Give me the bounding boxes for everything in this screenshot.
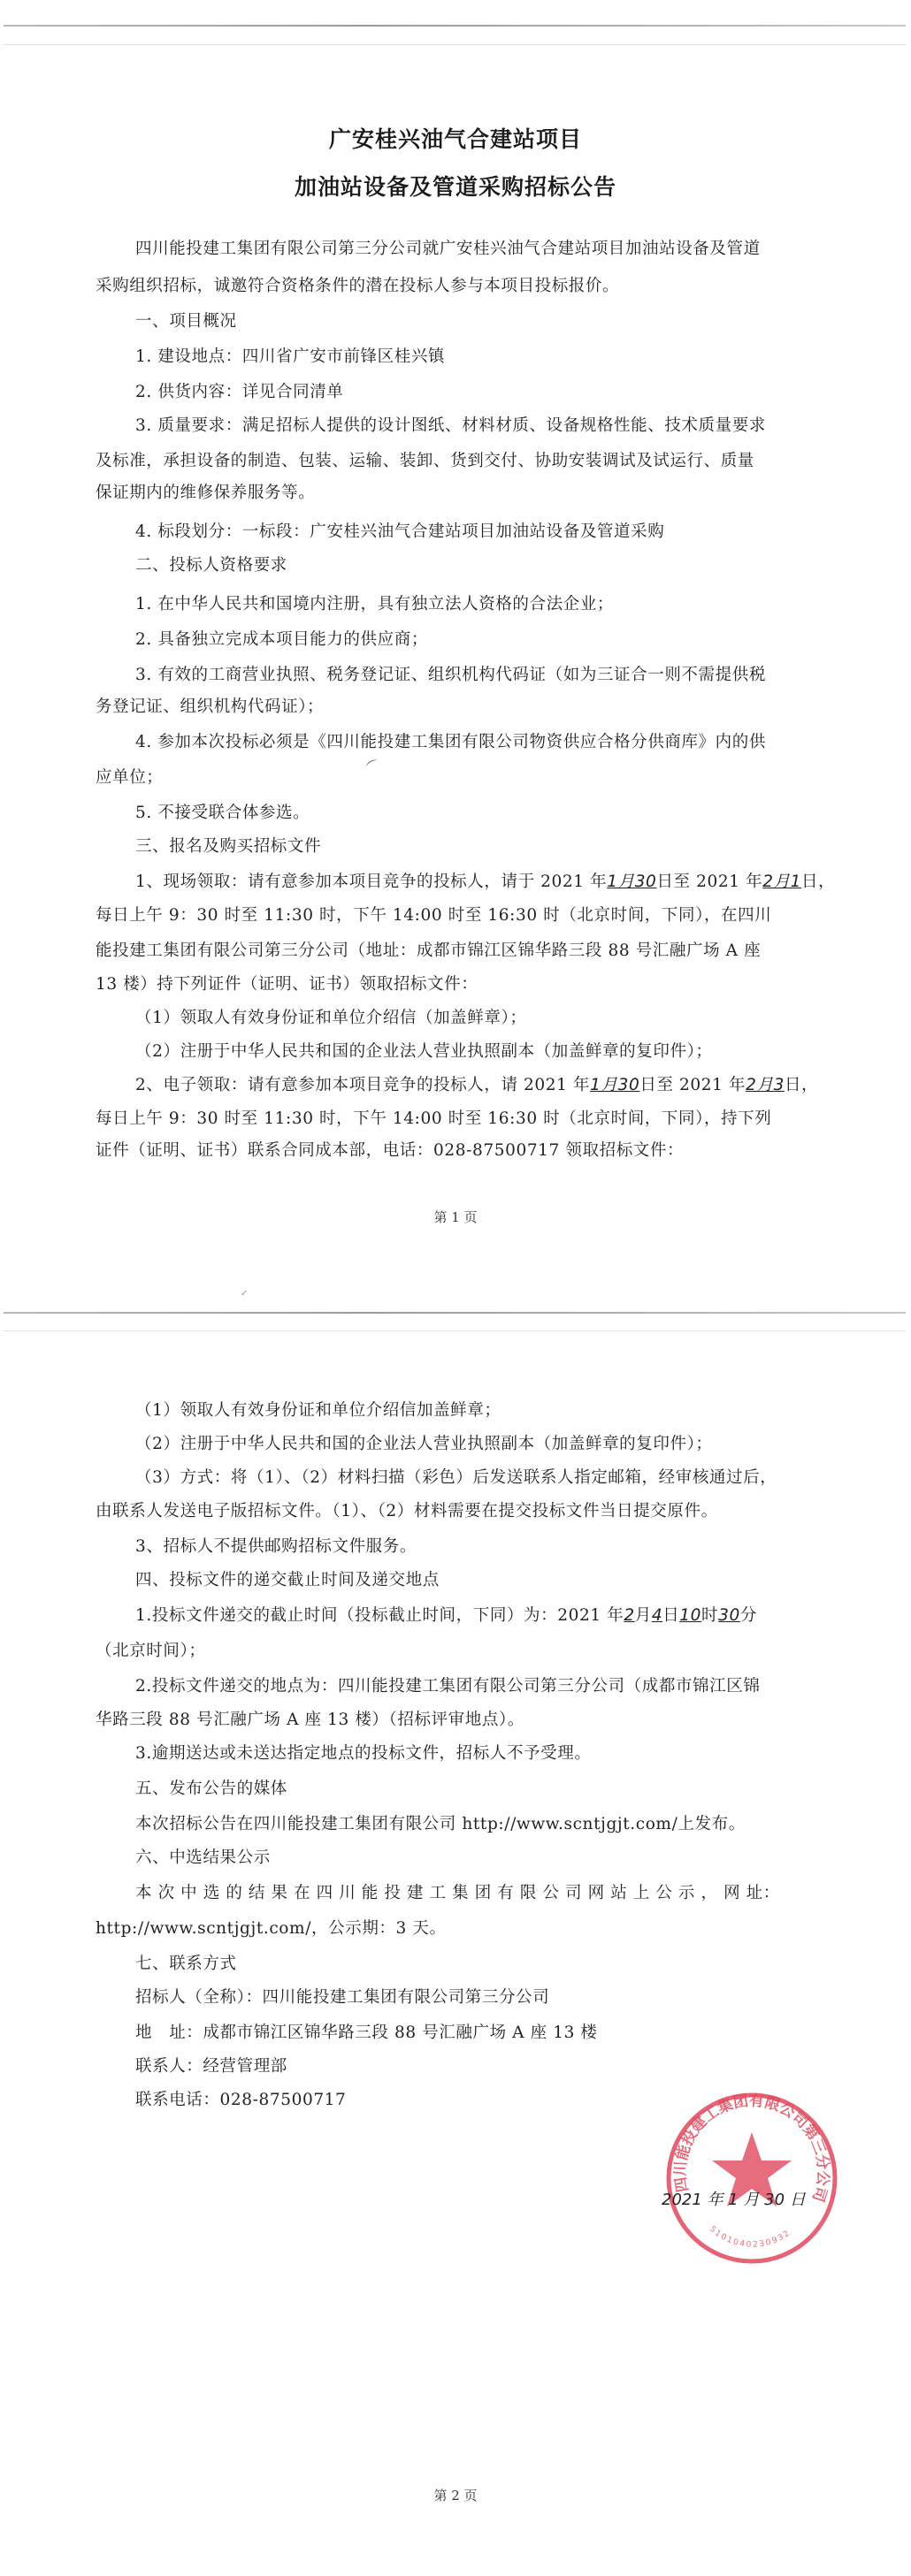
month-label: 月 bbox=[635, 1606, 652, 1625]
quality-requirements-cont2: 保证期内的维修保养服务等。 bbox=[96, 483, 315, 504]
section-heading-7: 七、联系方式 bbox=[135, 1954, 237, 1975]
section-heading-2: 二、投标人资格要求 bbox=[135, 555, 287, 576]
day-label: 日 bbox=[662, 1606, 679, 1625]
result-announcement: 本 次 中 选 的 结 果 在 四 川 能 投 建 工 集 团 有 限 公 司 … bbox=[135, 1883, 780, 1904]
section-heading-4: 四、投标文件的递交截止时间及递交地点 bbox=[135, 1570, 440, 1591]
scan-mark: ✓ bbox=[241, 1289, 248, 1299]
submission-deadline-text: 1.投标文件递交的截止时间（投标截止时间，下同）为：2021 年 bbox=[135, 1606, 624, 1625]
onsite-collection-text-mid: 日至 2021 年 bbox=[656, 873, 762, 891]
publication-media: 本次招标公告在四川能投建工集团有限公司 http://www.scntjgjt.… bbox=[135, 1814, 746, 1835]
handwritten-end-date: 2月1 bbox=[762, 873, 801, 891]
late-submission-rule: 3.逾期送达或未送达指定地点的投标文件，招标人不予受理。 bbox=[135, 1743, 591, 1764]
official-seal-icon: 四川能投建工集团有限公司第三分公司 5101040230932 bbox=[663, 2090, 840, 2267]
handwritten-deadline-hour: 10 bbox=[679, 1606, 701, 1625]
qualification-4: 4. 参加本次投标必须是《四川能投建工集团有限公司物资供应合格分供商库》内的供 bbox=[135, 732, 766, 753]
onsite-collection-text: 1、现场领取：请有意参加本项目竞争的投标人，请于 2021 年 bbox=[135, 873, 607, 891]
page-number-2: 第 2 页 bbox=[0, 2486, 911, 2504]
section-heading-6: 六、中选结果公示 bbox=[135, 1848, 271, 1869]
electronic-collection: 2、电子领取：请有意参加本项目竞争的投标人，请 2021 年1月30日至 202… bbox=[135, 1075, 818, 1096]
page-top-border-light bbox=[4, 44, 906, 45]
contact-address: 地 址：成都市锦江区锦华路三段 88 号汇融广场 A 座 13 楼 bbox=[135, 2023, 598, 2044]
submission-deadline-cont: （北京时间）； bbox=[96, 1641, 205, 1662]
electronic-doc-2: （2）注册于中华人民共和国的企业法人营业执照副本（加盖鲜章的复印件）； bbox=[135, 1434, 713, 1455]
section-heading-3: 三、报名及购买招标文件 bbox=[135, 836, 321, 857]
onsite-doc-1: （1）领取人有效身份证和单位介绍信（加盖鲜章）； bbox=[135, 1008, 526, 1029]
document-title-line2: 加油站设备及管道采购招标公告 bbox=[0, 170, 911, 202]
hour-label: 时 bbox=[701, 1606, 718, 1625]
submission-location-cont: 华路三段 88 号汇融广场 A 座 13 楼）（招标评审地点）。 bbox=[96, 1710, 524, 1731]
quality-requirements-cont1: 及标准，承担设备的制造、包装、运输、装卸、货到交付、协助安装调试及试运行、质量 bbox=[96, 451, 754, 472]
electronic-collection-text-end: 日， bbox=[785, 1076, 818, 1094]
project-location: 1. 建设地点：四川省广安市前锋区桂兴镇 bbox=[135, 347, 445, 368]
handwritten-start-date-2: 1月30 bbox=[590, 1076, 639, 1094]
onsite-collection-hours: 每日上午 9：30 时至 11:30 时，下午 14:00 时至 16:30 时… bbox=[96, 905, 771, 926]
electronic-doc-3: （3）方式：将（1）、（2）材料扫描（彩色）后发送联系人指定邮箱，经审核通过后， bbox=[135, 1467, 777, 1489]
handwritten-deadline-minute: 30 bbox=[718, 1606, 740, 1625]
quality-requirements: 3. 质量要求：满足招标人提供的设计图纸、材料材质、设备规格性能、技术质量要求 bbox=[135, 415, 766, 437]
electronic-collection-hours: 每日上午 9：30 时至 11:30 时，下午 14:00 时至 16:30 时… bbox=[96, 1109, 771, 1130]
handwritten-deadline-day: 4 bbox=[652, 1606, 662, 1625]
page-break-border bbox=[4, 1312, 906, 1314]
lot-division: 4. 标段划分：一标段：广安桂兴油气合建站项目加油站设备及管道采购 bbox=[135, 522, 664, 543]
section-heading-5: 五、发布公告的媒体 bbox=[135, 1779, 287, 1800]
onsite-collection-address: 能投建工集团有限公司第三分公司（地址：成都市锦江区锦华路三段 88 号汇融广场 … bbox=[96, 941, 761, 962]
electronic-doc-1: （1）领取人有效身份证和单位介绍信加盖鲜章； bbox=[135, 1400, 501, 1421]
handwritten-deadline-month: 2 bbox=[624, 1606, 634, 1625]
onsite-collection-text-end: 日， bbox=[801, 873, 835, 891]
contact-person: 联系人：经营管理部 bbox=[135, 2056, 287, 2077]
document-title-line1: 广安桂兴油气合建站项目 bbox=[0, 122, 911, 154]
svg-text:5101040230932: 5101040230932 bbox=[708, 2225, 792, 2250]
qualification-3-cont: 务登记证、组织机构代码证）； bbox=[96, 697, 324, 718]
onsite-collection: 1、现场领取：请有意参加本项目竞争的投标人，请于 2021 年1月30日至 20… bbox=[135, 872, 835, 893]
intro-text: 四川能投建工集团有限公司第三分公司就广安桂兴油气合建站项目加油站设备及管道 bbox=[135, 239, 761, 260]
handwritten-end-date-2: 2月3 bbox=[746, 1076, 785, 1094]
section-heading-1: 一、项目概况 bbox=[135, 311, 237, 332]
page-break-border-light bbox=[4, 1330, 906, 1331]
handwritten-start-date: 1月30 bbox=[607, 873, 656, 891]
page-number-1: 第 1 页 bbox=[0, 1208, 911, 1226]
onsite-doc-2: （2）注册于中华人民共和国的企业法人营业执照副本（加盖鲜章的复印件）； bbox=[135, 1041, 713, 1063]
submission-location: 2.投标文件递交的地点为：四川能投建工集团有限公司第三分公司（成都市锦江区锦 bbox=[135, 1676, 760, 1697]
qualification-3: 3. 有效的工商营业执照、税务登记证、组织机构代码证（如为三证合一则不需提供税 bbox=[135, 665, 766, 686]
page-top-border bbox=[4, 25, 906, 27]
no-mail-order: 3、招标人不提供邮购招标文件服务。 bbox=[135, 1536, 417, 1558]
supply-content: 2. 供货内容：详见合同清单 bbox=[135, 382, 343, 403]
electronic-doc-3-cont: 由联系人发送电子版招标文件。（1）、（2）材料需要在提交投标文件当日提交原件。 bbox=[96, 1501, 718, 1522]
qualification-4-cont: 应单位； bbox=[96, 767, 163, 789]
result-announcement-cont: http://www.scntjgjt.com/，公示期：3 天。 bbox=[96, 1918, 447, 1940]
minute-label: 分 bbox=[740, 1606, 757, 1625]
seal-date: 2021 年 1 月 30 日 bbox=[662, 2187, 806, 2210]
intro-text-cont: 采购组织招标，诚邀符合资格条件的潜在投标人参与本项目投标报价。 bbox=[96, 276, 619, 297]
electronic-collection-contact: 证件（证明、证书）联系合同成本部，电话：028-87500717 领取招标文件： bbox=[96, 1140, 684, 1162]
submission-deadline: 1.投标文件递交的截止时间（投标截止时间，下同）为：2021 年2月4日10时3… bbox=[135, 1605, 757, 1627]
onsite-collection-docs: 13 楼）持下列证件（证明、证书）领取招标文件： bbox=[96, 974, 478, 995]
contact-phone: 联系电话：028-87500717 bbox=[135, 2090, 346, 2111]
pen-mark: ⌒ bbox=[364, 756, 383, 777]
contact-tenderer: 招标人（全称）：四川能投建工集团有限公司第三分公司 bbox=[135, 1987, 549, 2008]
qualification-2: 2. 具备独立完成本项目能力的供应商； bbox=[135, 629, 428, 651]
electronic-collection-text-mid: 日至 2021 年 bbox=[639, 1076, 746, 1094]
qualification-1: 1. 在中华人民共和国境内注册，具有独立法人资格的合法企业； bbox=[135, 594, 614, 615]
electronic-collection-text: 2、电子领取：请有意参加本项目竞争的投标人，请 2021 年 bbox=[135, 1076, 590, 1094]
qualification-5: 5. 不接受联合体参选。 bbox=[135, 803, 310, 824]
